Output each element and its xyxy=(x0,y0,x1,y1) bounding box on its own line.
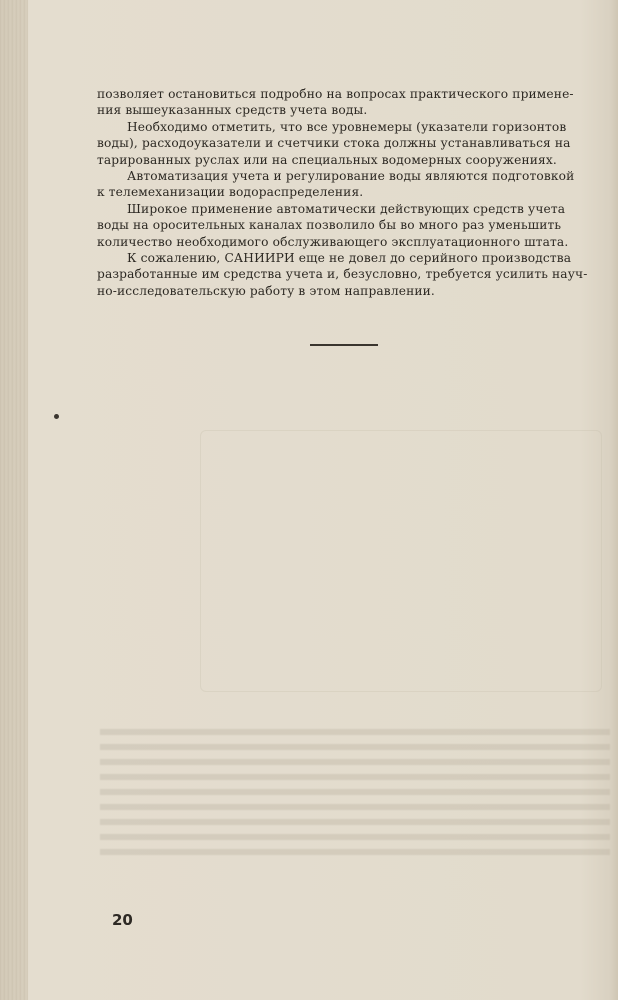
text-line: Необходимо отметить, что все уровнемеры … xyxy=(127,120,566,134)
page-binding-edge xyxy=(0,0,28,1000)
text-line: к телемеханизации водораспределения. xyxy=(97,185,363,199)
text-line: Широкое применение автоматически действу… xyxy=(127,202,565,216)
text-line: К сожалению, САНИИРИ еще не довел до сер… xyxy=(127,251,571,265)
paragraph-4: Широкое применение автоматически действу… xyxy=(97,201,597,250)
text-line: количество необходимого обслуживающего э… xyxy=(97,235,568,249)
ink-speck xyxy=(54,414,59,419)
text-line: воды на оросительных каналах позволило б… xyxy=(97,218,561,232)
text-line: воды), расходоуказатели и счетчики стока… xyxy=(97,136,571,150)
show-through-text xyxy=(100,720,610,860)
page-number: 20 xyxy=(112,911,133,929)
paragraph-2: Необходимо отметить, что все уровнемеры … xyxy=(97,119,597,168)
section-end-rule xyxy=(310,344,378,346)
book-page: позволяет остановиться подробно на вопро… xyxy=(0,0,618,1000)
text-line: тарированных руслах или на специальных в… xyxy=(97,153,557,167)
text-line: ния вышеуказанных средств учета воды. xyxy=(97,103,367,117)
text-line: разработанные им средства учета и, безус… xyxy=(97,267,588,281)
paragraph-5: К сожалению, САНИИРИ еще не довел до сер… xyxy=(97,250,597,299)
text-line: Автоматизация учета и регулирование воды… xyxy=(127,169,574,183)
show-through-figure xyxy=(200,430,602,692)
text-line: позволяет остановиться подробно на вопро… xyxy=(97,87,574,101)
paragraph-1: позволяет остановиться подробно на вопро… xyxy=(97,86,597,119)
body-text: позволяет остановиться подробно на вопро… xyxy=(97,86,597,299)
text-line: но-исследовательскую работу в этом напра… xyxy=(97,284,435,298)
paragraph-3: Автоматизация учета и регулирование воды… xyxy=(97,168,597,201)
